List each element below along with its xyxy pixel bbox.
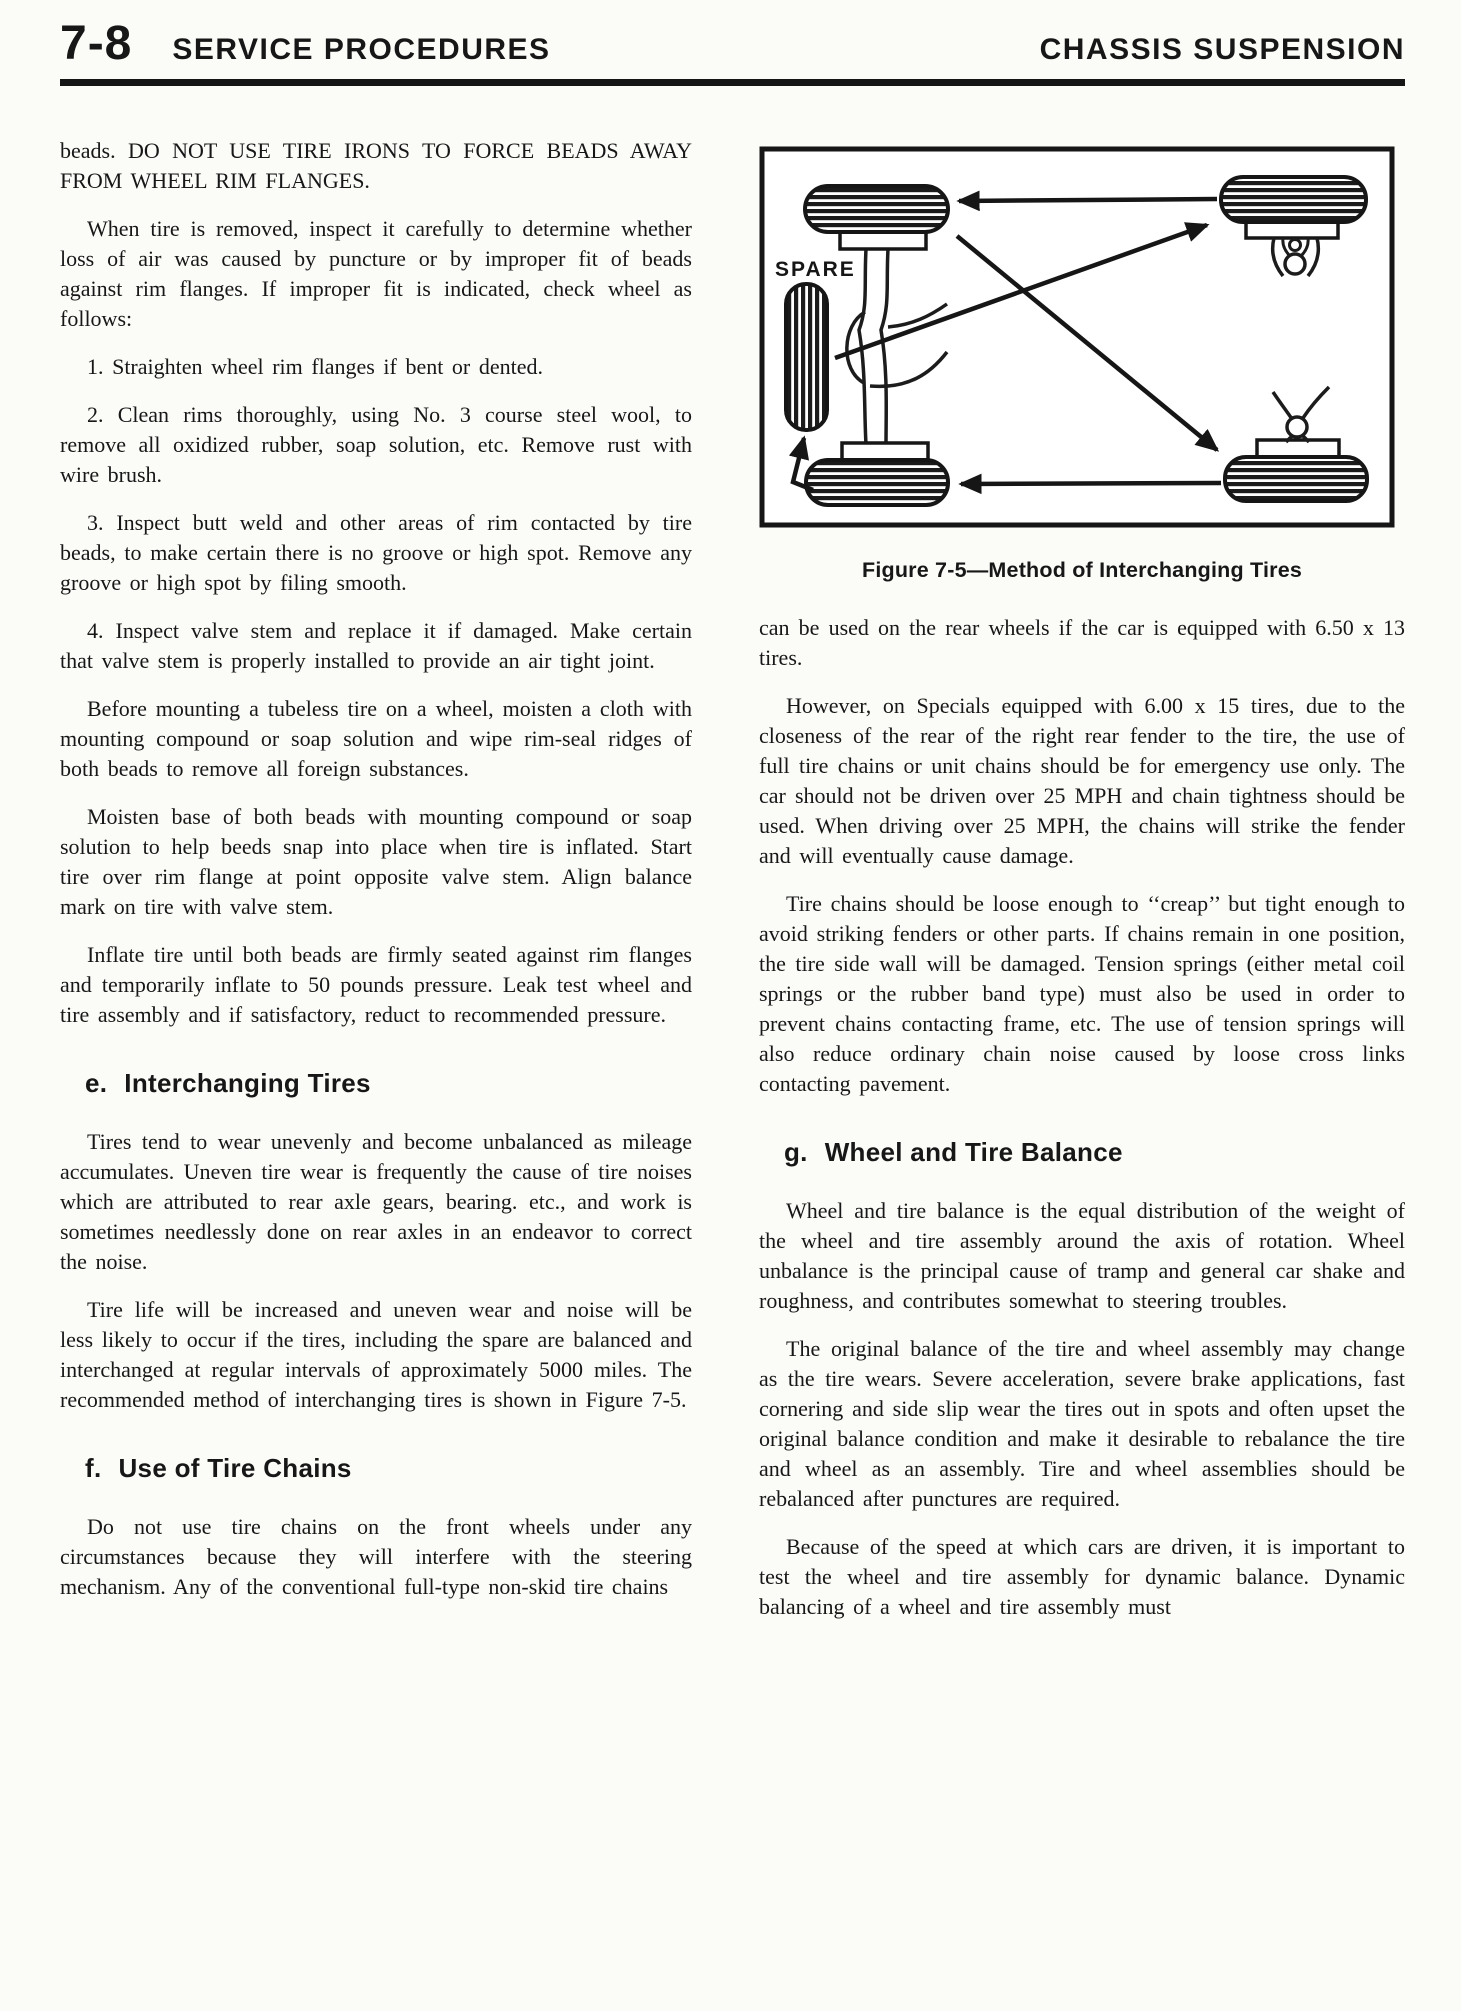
left-column: beads. DO NOT USE TIRE IRONS TO FORCE BE… — [60, 136, 692, 1622]
spare-tire — [786, 284, 827, 430]
paragraph: Moisten base of both beads with mounting… — [60, 802, 692, 922]
two-column-layout: beads. DO NOT USE TIRE IRONS TO FORCE BE… — [60, 136, 1405, 1622]
section-heading-use-of-tire-chains: f.Use of Tire Chains — [85, 1453, 692, 1484]
section-letter: f. — [85, 1453, 101, 1483]
paragraph: However, on Specials equipped with 6.00 … — [759, 691, 1405, 871]
section-heading-wheel-and-tire-balance: g.Wheel and Tire Balance — [784, 1137, 1405, 1168]
left-rear-tire — [806, 460, 948, 505]
paragraph: Tire chains should be loose enough to ‘‘… — [759, 889, 1405, 1099]
list-step: 3. Inspect butt weld and other areas of … — [60, 508, 692, 598]
header-chapter-title: CHASSIS SUSPENSION — [1040, 33, 1405, 67]
paragraph: can be used on the rear wheels if the ca… — [759, 613, 1405, 673]
paragraph: Do not use tire chains on the front whee… — [60, 1512, 692, 1602]
figure-7-5: SPARE — [759, 146, 1405, 532]
right-front-tire — [1221, 177, 1366, 222]
section-title: Interchanging Tires — [124, 1068, 371, 1098]
page-number: 7-8 — [60, 16, 132, 71]
list-step: 1. Straighten wheel rim flanges if bent … — [60, 352, 692, 382]
section-heading-interchanging-tires: e.Interchanging Tires — [85, 1068, 692, 1099]
paragraph: The original balance of the tire and whe… — [759, 1334, 1405, 1514]
right-column: SPARE — [759, 136, 1405, 1622]
section-title: Wheel and Tire Balance — [825, 1137, 1123, 1167]
paragraph: Tires tend to wear unevenly and become u… — [60, 1127, 692, 1277]
spare-label: SPARE — [775, 258, 856, 281]
header-rule — [60, 79, 1405, 86]
section-letter: e. — [85, 1068, 107, 1098]
header-section-title: SERVICE PROCEDURES — [172, 33, 550, 67]
paragraph: beads. DO NOT USE TIRE IRONS TO FORCE BE… — [60, 136, 692, 196]
paragraph: When tire is removed, inspect it careful… — [60, 214, 692, 334]
manual-page: 7-8 SERVICE PROCEDURES CHASSIS SUSPENSIO… — [0, 0, 1461, 1622]
paragraph: Because of the speed at which cars are d… — [759, 1532, 1405, 1622]
paragraph: Before mounting a tubeless tire on a whe… — [60, 694, 692, 784]
section-letter: g. — [784, 1137, 808, 1167]
running-header: 7-8 SERVICE PROCEDURES CHASSIS SUSPENSIO… — [60, 16, 1405, 71]
arrow-rf-to-lf — [959, 199, 1217, 201]
list-step: 4. Inspect valve stem and replace it if … — [60, 616, 692, 676]
right-rear-tire — [1225, 457, 1367, 501]
section-title: Use of Tire Chains — [118, 1453, 351, 1483]
paragraph: Tire life will be increased and uneven w… — [60, 1295, 692, 1415]
left-front-tire — [805, 186, 948, 232]
tire-interchange-diagram: SPARE — [759, 146, 1399, 532]
figure-caption: Figure 7-5—Method of Interchanging Tires — [759, 558, 1405, 583]
list-step: 2. Clean rims thoroughly, using No. 3 co… — [60, 400, 692, 490]
paragraph: Inflate tire until both beads are firmly… — [60, 940, 692, 1030]
paragraph: Wheel and tire balance is the equal dist… — [759, 1196, 1405, 1316]
arrow-rr-to-lr — [961, 483, 1221, 484]
